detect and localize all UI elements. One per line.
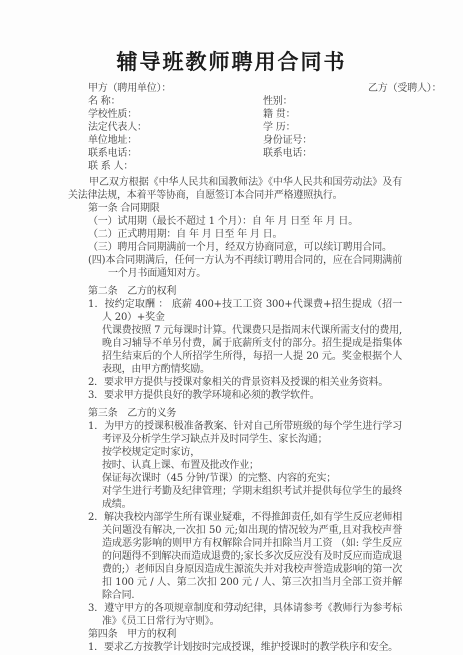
page-number: 1 [0,603,463,613]
clause-teaching-plan: 1．要求乙方按教学计划按时完成授课，维护授课时的教学秩序和安全。 [88,641,402,654]
clause-number: 3． [88,390,104,401]
party-a-label: 甲方（聘用单位）： [88,83,171,94]
clause-number: 1． [88,642,104,653]
field-education-label: 学 历： [263,121,295,134]
clause-number: 1． [88,299,105,310]
clause-homework: 按时、认真上课、布置及批改作业； [102,459,402,472]
clause-teaching-prep: 1．为甲方的授课积极准备教案、针对自己所带班级的每个学生进行学习考评及分析学生学… [88,420,402,446]
document-body: 甲方（聘用单位）： 乙方（受聘人）： 名 称： 性别： 学校性质： 籍 贯： 法… [0,75,463,654]
field-legal-rep-label: 法定代表人： [88,122,147,133]
party-row: 单位地址： 身份证号： [68,134,402,147]
section-4-party-a-rights: 第四条 甲方的权利 1．要求乙方按教学计划按时完成授课，维护授课时的教学秩序和安… [68,628,402,654]
clause-number: 1． [88,421,104,432]
clause-pay-detail: 代课费按照 7 元每课时计算。代课费只是指周末代课所需支付的费用,晚自习辅导不单… [102,324,402,376]
clause-penalties: 2．解决我校内部学生所有课业疑难，不得推卸责任,如有学生反应老师相关问题没有解决… [88,511,402,602]
section-4-heading: 第四条 甲方的权利 [88,628,402,641]
field-address-label: 单位地址： [88,135,137,146]
section-2-heading: 第二条 乙方的权利 [88,285,402,298]
section-1-heading: 第一条 合同期限 [88,202,402,215]
contract-page: 辅导班教师聘用合同书 甲方（聘用单位）： 乙方（受聘人）： 名 称： 性别： 学… [0,0,463,655]
clause-lesson-quality: 保证每次课时（45 分钟/节课）的完整、内容的充实； [102,472,402,485]
clause-formal-period: （二）正式聘用期：自 年 月 日至 年 月 日。 [88,228,402,241]
party-row: 联 系 人： [68,160,402,173]
clause-environment: 3．要求甲方提供良好的教学环境和必须的教学软件。 [88,389,402,402]
section-1-term: 第一条 合同期限 （一）试用期（最长不超过 1 个月）：自 年 月 日至 年 月… [68,202,402,280]
field-phone-a-label: 联系电话： [88,148,137,159]
field-contact-person-label: 联 系 人： [88,161,133,172]
field-gender-label: 性别： [263,95,292,108]
section-2-party-b-rights: 第二条 乙方的权利 1．按约定取酬 ： 底薪 400+技工工资 300+代课费+… [68,285,402,402]
party-row: 甲方（聘用单位）： 乙方（受聘人）： [68,82,402,95]
party-b-label: 乙方（受聘人）： [368,82,441,95]
field-id-number-label: 身份证号： [263,134,312,147]
clause-text: 解决我校内部学生所有课业疑难，不得推卸责任,如有学生反应老师相关问题没有解决,一… [102,512,402,601]
clause-attendance: 对学生进行考勤及纪律管理；学期末组织考试并提供每位学生的最终成绩。 [102,485,402,511]
party-row: 名 称： 性别： [68,95,402,108]
clause-number: 2． [88,512,104,523]
field-native-place-label: 籍 贯： [263,108,295,121]
clause-renewal: （三）聘用合同期满前一个月，经双方协商同意，可以续订聘用合同。 [88,241,402,254]
clause-home-visit: 按学校规定定时家访， [102,446,402,459]
clause-text: 为甲方的授课积极准备教案、针对自己所带班级的每个学生进行学习考评及分析学生学习缺… [102,421,402,445]
field-school-type-label: 学校性质： [88,109,137,120]
intro-paragraph: 甲乙双方根据《中华人民共和国教师法》《中华人民共和国劳动法》及有关法律法规，本着… [68,176,402,202]
party-row: 法定代表人： 学 历： [68,121,402,134]
clause-text: 要求甲方提供良好的教学环境和必须的教学软件。 [104,390,320,401]
document-title: 辅导班教师聘用合同书 [0,0,463,75]
field-name-label: 名 称： [88,96,120,107]
clause-pay: 1．按约定取酬 ： 底薪 400+技工工资 300+代课费+招生提成（招一人 2… [88,298,402,324]
parties-header: 甲方（聘用单位）： 乙方（受聘人）： 名 称： 性别： 学校性质： 籍 贯： 法… [68,82,402,173]
field-phone-b-label: 联系电话： [263,147,312,160]
clause-text: 按约定取酬 ： 底薪 400+技工工资 300+代课费+招生提成（招一人 20）… [102,299,402,323]
party-row: 学校性质： 籍 贯： [68,108,402,121]
section-3-party-b-duties: 第三条 乙方的义务 1．为甲方的授课积极准备教案、针对自己所带班级的每个学生进行… [68,407,402,628]
section-3-heading: 第三条 乙方的义务 [88,407,402,420]
clause-text: 要求甲方提供与授课对象相关的背景资料及授课的相关业务资料。 [104,377,388,388]
clause-materials: 2．要求甲方提供与授课对象相关的背景资料及授课的相关业务资料。 [88,376,402,389]
clause-trial-period: （一）试用期（最长不超过 1 个月）：自 年 月 日至 年 月 日。 [88,215,402,228]
clause-number: 2． [88,377,104,388]
party-row: 联系电话： 联系电话： [68,147,402,160]
clause-text: 要求乙方按教学计划按时完成授课，维护授课时的教学秩序和安全。 [104,642,398,653]
clause-termination-notice: (四)本合同期满后，任何一方认为不再续订聘用合同的，应在合同期满前一个月书面通知… [88,254,402,280]
